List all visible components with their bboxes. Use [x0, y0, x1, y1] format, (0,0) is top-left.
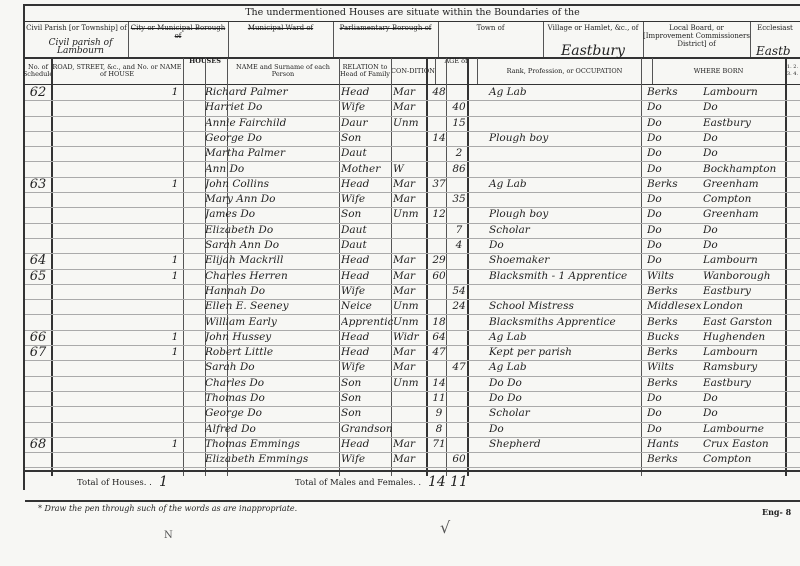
- schedule-number: 64: [25, 253, 51, 268]
- inhabited-count: [165, 162, 185, 177]
- inhabited-count: 1: [165, 253, 185, 268]
- age-male: [429, 299, 449, 314]
- age-female: 15: [449, 116, 469, 131]
- age-male: 29: [429, 253, 449, 268]
- age-male: 14: [429, 131, 449, 146]
- occupation: Ag Lab: [475, 360, 659, 375]
- schedule-number: [25, 422, 51, 437]
- condition: Mar: [393, 360, 429, 375]
- occupation: School Mistress: [475, 299, 659, 314]
- table-row: 651Charles HerrenHeadMar60Blacksmith - 1…: [25, 269, 800, 285]
- inhabited-count: [165, 452, 185, 467]
- schedule-number: 62: [25, 85, 51, 100]
- age-female: 2: [449, 146, 469, 161]
- table-row: 671Robert LittleHeadMar47Kept per parish…: [25, 345, 800, 361]
- condition: Widr: [393, 330, 429, 345]
- table-row: Sarah Ann DoDaut4DoDoDo: [25, 238, 800, 254]
- age-female: 60: [449, 452, 469, 467]
- person-name: Thomas Emmings: [205, 437, 320, 452]
- age-male: [429, 360, 449, 375]
- column-header-row: No. of Schedule ROAD, STREET, &c., and N…: [25, 58, 800, 85]
- table-row: 681Thomas EmmingsHeadMar71ShepherdHantsC…: [25, 437, 800, 453]
- header-town: Town of: [438, 22, 544, 57]
- occupation: [475, 192, 659, 207]
- inhabited-count: [165, 146, 185, 161]
- age-female: [449, 253, 469, 268]
- col-name: NAME and Surname of each Person: [227, 58, 340, 84]
- born-county: Hants: [647, 437, 702, 452]
- table-row: Annie FairchildDaurUnm15DoEastbury: [25, 116, 800, 132]
- occupation: [475, 162, 659, 177]
- relation: Wife: [341, 284, 393, 299]
- condition: [393, 131, 429, 146]
- inhabited-count: [165, 100, 185, 115]
- relation: Daur: [341, 116, 393, 131]
- person-name: Mary Ann Do: [205, 192, 320, 207]
- born-county: Bucks: [647, 330, 702, 345]
- age-male: 18: [429, 315, 449, 330]
- relation: Son: [341, 391, 393, 406]
- person-name: Elizabeth Do: [205, 223, 320, 238]
- born-place: Eastbury: [703, 284, 785, 299]
- occupation: Blacksmiths Apprentice: [475, 315, 659, 330]
- relation: Wife: [341, 192, 393, 207]
- born-place: Do: [703, 223, 785, 238]
- relation: Daut: [341, 238, 393, 253]
- table-row: 631John CollinsHeadMar37Ag LabBerksGreen…: [25, 177, 800, 193]
- age-female: 7: [449, 223, 469, 238]
- header-municipal-ward: Municipal Ward of: [228, 22, 334, 57]
- age-female: 47: [449, 360, 469, 375]
- condition: Mar: [393, 345, 429, 360]
- inhabited-count: 1: [165, 177, 185, 192]
- relation: Neice: [341, 299, 393, 314]
- margin-mark: N: [164, 530, 173, 541]
- age-female: [449, 406, 469, 421]
- relation: Head: [341, 177, 393, 192]
- born-county: Berks: [647, 315, 702, 330]
- person-name: George Do: [205, 406, 320, 421]
- born-place: Greenham: [703, 177, 785, 192]
- born-county: Wilts: [647, 360, 702, 375]
- schedule-number: 67: [25, 345, 51, 360]
- inhabited-count: 1: [165, 437, 185, 452]
- inhabited-count: [165, 315, 185, 330]
- born-county: Do: [647, 253, 702, 268]
- age-female: [449, 330, 469, 345]
- age-male: 9: [429, 406, 449, 421]
- age-female: [449, 269, 469, 284]
- schedule-number: [25, 162, 51, 177]
- born-place: Wanborough: [703, 269, 785, 284]
- table-row: Sarah DoWifeMar47Ag LabWiltsRamsbury: [25, 360, 800, 376]
- born-county: Do: [647, 207, 702, 222]
- header-parliamentary-borough: Parliamentary Borough of: [333, 22, 439, 57]
- total-males-value: 14: [428, 474, 446, 490]
- header-civil-parish: Civil Parish [or Township] of Civil pari…: [25, 22, 129, 57]
- occupation: Plough boy: [475, 207, 659, 222]
- occupation: Do: [475, 238, 659, 253]
- person-name: Robert Little: [205, 345, 320, 360]
- age-female: [449, 131, 469, 146]
- age-female: 86: [449, 162, 469, 177]
- born-place: Lambourn: [703, 253, 785, 268]
- born-place: Greenham: [703, 207, 785, 222]
- relation: Head: [341, 85, 393, 100]
- inhabited-count: 1: [165, 345, 185, 360]
- table-row: Alfred DoGrandson8DoDoLambourne: [25, 422, 800, 438]
- person-name: Harriet Do: [205, 100, 320, 115]
- schedule-number: 66: [25, 330, 51, 345]
- born-place: Do: [703, 406, 785, 421]
- born-place: Eastbury: [703, 116, 785, 131]
- born-place: East Garston: [703, 315, 785, 330]
- header-municipal-borough: City or Municipal Borough of: [128, 22, 229, 57]
- age-male: [429, 192, 449, 207]
- age-female: [449, 345, 469, 360]
- born-county: Do: [647, 192, 702, 207]
- col-occupation: Rank, Profession, or OCCUPATION: [477, 58, 653, 84]
- table-row: Charles DoSonUnm14Do DoBerksEastbury: [25, 376, 800, 392]
- person-name: Elijah Mackrill: [205, 253, 320, 268]
- totals-row: Total of Houses. . 1 Total of Males and …: [25, 470, 800, 502]
- table-row: James DoSonUnm12Plough boyDoGreenham: [25, 207, 800, 223]
- age-female: [449, 376, 469, 391]
- schedule-number: [25, 146, 51, 161]
- col-road: ROAD, STREET, &c., and No. or NAME of HO…: [51, 58, 184, 84]
- age-female: [449, 177, 469, 192]
- person-name: Sarah Ann Do: [205, 238, 320, 253]
- col-where-born: WHERE BORN: [652, 58, 786, 84]
- born-county: Berks: [647, 452, 702, 467]
- relation: Mother: [341, 162, 393, 177]
- person-name: Ellen E. Seeney: [205, 299, 320, 314]
- relation: Daut: [341, 146, 393, 161]
- born-place: Hughenden: [703, 330, 785, 345]
- header-ecclesiastical: Ecclesiast Eastb: [750, 22, 800, 57]
- table-row: Mary Ann DoWifeMar35DoCompton: [25, 192, 800, 208]
- schedule-number: [25, 223, 51, 238]
- header-local-board: Local Board, or [Improvement Commissione…: [643, 22, 751, 57]
- born-place: Lambourn: [703, 85, 785, 100]
- person-name: Elizabeth Emmings: [205, 452, 320, 467]
- age-male: 47: [429, 345, 449, 360]
- occupation: Do Do: [475, 376, 659, 391]
- total-females-value: 11: [450, 474, 468, 490]
- person-name: Alfred Do: [205, 422, 320, 437]
- table-row: Ann DoMotherW86DoBockhampton: [25, 162, 800, 178]
- relation: Wife: [341, 100, 393, 115]
- condition: Unm: [393, 315, 429, 330]
- person-name: Ann Do: [205, 162, 320, 177]
- born-place: Lambourne: [703, 422, 785, 437]
- inhabited-count: [165, 391, 185, 406]
- inhabited-count: [165, 192, 185, 207]
- inhabited-count: [165, 238, 185, 253]
- person-name: Martha Palmer: [205, 146, 320, 161]
- born-county: Berks: [647, 85, 702, 100]
- occupation: Kept per parish: [475, 345, 659, 360]
- schedule-number: [25, 100, 51, 115]
- age-female: [449, 437, 469, 452]
- check-mark: √: [440, 518, 450, 537]
- inhabited-count: [165, 284, 185, 299]
- relation: Head: [341, 437, 393, 452]
- born-county: Do: [647, 422, 702, 437]
- table-row: George DoSon14Plough boyDoDo: [25, 131, 800, 147]
- col-condition: CON-DITION: [391, 58, 436, 84]
- schedule-number: [25, 131, 51, 146]
- schedule-number: 63: [25, 177, 51, 192]
- schedule-number: [25, 406, 51, 421]
- condition: [393, 238, 429, 253]
- born-place: Lambourn: [703, 345, 785, 360]
- person-name: George Do: [205, 131, 320, 146]
- inhabited-count: [165, 207, 185, 222]
- age-male: [429, 146, 449, 161]
- boundary-header-row: Civil Parish [or Township] of Civil pari…: [25, 22, 800, 59]
- relation: Grandson: [341, 422, 393, 437]
- col-side-numbers: 1. 2. 3. 4.: [785, 58, 800, 84]
- person-name: Annie Fairchild: [205, 116, 320, 131]
- person-name: James Do: [205, 207, 320, 222]
- inhabited-count: [165, 376, 185, 391]
- table-row: Hannah DoWifeMar54BerksEastbury: [25, 284, 800, 300]
- occupation: Scholar: [475, 406, 659, 421]
- census-page: The undermentioned Houses are situate wi…: [0, 0, 800, 566]
- born-place: Compton: [703, 452, 785, 467]
- relation: Wife: [341, 452, 393, 467]
- condition: Mar: [393, 284, 429, 299]
- condition: Mar: [393, 452, 429, 467]
- condition: Mar: [393, 85, 429, 100]
- born-county: Berks: [647, 177, 702, 192]
- inhabited-count: 1: [165, 330, 185, 345]
- born-place: Do: [703, 146, 785, 161]
- table-row: William EarlyApprenticeUnm18Blacksmiths …: [25, 315, 800, 331]
- condition: Unm: [393, 116, 429, 131]
- age-male: [429, 223, 449, 238]
- born-county: Do: [647, 146, 702, 161]
- inhabited-count: [165, 116, 185, 131]
- inhabited-count: 1: [165, 269, 185, 284]
- born-place: Crux Easton: [703, 437, 785, 452]
- total-houses-value: 1: [159, 474, 168, 490]
- age-male: 64: [429, 330, 449, 345]
- age-female: 35: [449, 192, 469, 207]
- header-village: Village or Hamlet, &c., of Eastbury: [543, 22, 644, 57]
- born-county: Berks: [647, 376, 702, 391]
- born-county: Do: [647, 116, 702, 131]
- occupation: Shepherd: [475, 437, 659, 452]
- occupation: Shoemaker: [475, 253, 659, 268]
- age-female: 24: [449, 299, 469, 314]
- occupation: Do Do: [475, 391, 659, 406]
- occupation: [475, 116, 659, 131]
- col-relation: RELATION to Head of Family: [339, 58, 392, 84]
- born-place: Do: [703, 131, 785, 146]
- col-age: AGE of: [435, 58, 478, 84]
- condition: Mar: [393, 437, 429, 452]
- condition: [393, 406, 429, 421]
- age-female: [449, 315, 469, 330]
- boundary-banner: The undermentioned Houses are situate wi…: [25, 5, 800, 22]
- born-place: Do: [703, 238, 785, 253]
- occupation: Blacksmith - 1 Apprentice: [475, 269, 659, 284]
- occupation: [475, 100, 659, 115]
- person-name: William Early: [205, 315, 320, 330]
- age-male: [429, 162, 449, 177]
- occupation: Plough boy: [475, 131, 659, 146]
- age-female: [449, 85, 469, 100]
- born-county: Berks: [647, 284, 702, 299]
- table-row: Martha PalmerDaut2DoDo: [25, 146, 800, 162]
- schedule-number: [25, 315, 51, 330]
- condition: W: [393, 162, 429, 177]
- person-name: Thomas Do: [205, 391, 320, 406]
- born-county: Do: [647, 162, 702, 177]
- condition: [393, 146, 429, 161]
- age-male: 48: [429, 85, 449, 100]
- relation: Head: [341, 345, 393, 360]
- age-female: [449, 207, 469, 222]
- schedule-number: [25, 391, 51, 406]
- age-male: 37: [429, 177, 449, 192]
- person-name: John Collins: [205, 177, 320, 192]
- age-male: [429, 284, 449, 299]
- age-male: [429, 116, 449, 131]
- born-place: Do: [703, 100, 785, 115]
- table-row: Elizabeth EmmingsWifeMar60BerksCompton: [25, 452, 800, 468]
- inhabited-count: [165, 223, 185, 238]
- total-houses-label: Total of Houses. .: [77, 478, 152, 488]
- born-county: Do: [647, 391, 702, 406]
- age-male: [429, 452, 449, 467]
- occupation: [475, 146, 659, 161]
- age-female: 40: [449, 100, 469, 115]
- table-row: 621Richard PalmerHeadMar48Ag LabBerksLam…: [25, 85, 800, 101]
- condition: Unm: [393, 299, 429, 314]
- schedule-number: 65: [25, 269, 51, 284]
- relation: Daut: [341, 223, 393, 238]
- relation: Head: [341, 330, 393, 345]
- occupation: [475, 284, 659, 299]
- age-female: 4: [449, 238, 469, 253]
- total-persons-label: Total of Males and Females. .: [295, 478, 421, 488]
- relation: Wife: [341, 360, 393, 375]
- born-county: Do: [647, 131, 702, 146]
- born-county: Berks: [647, 345, 702, 360]
- table-row: Elizabeth DoDaut7ScholarDoDo: [25, 223, 800, 239]
- table-row: Harriet DoWifeMar40DoDo: [25, 100, 800, 116]
- condition: Mar: [393, 269, 429, 284]
- schedule-number: [25, 207, 51, 222]
- condition: [393, 422, 429, 437]
- table-row: Ellen E. SeeneyNeiceUnm24School Mistress…: [25, 299, 800, 315]
- relation: Son: [341, 207, 393, 222]
- condition: Unm: [393, 376, 429, 391]
- schedule-number: [25, 452, 51, 467]
- age-female: [449, 422, 469, 437]
- relation: Son: [341, 131, 393, 146]
- table-row: George DoSon9ScholarDoDo: [25, 406, 800, 422]
- age-female: [449, 391, 469, 406]
- inhabited-count: 1: [165, 85, 185, 100]
- condition: Unm: [393, 207, 429, 222]
- born-county: Do: [647, 406, 702, 421]
- occupation: [475, 452, 659, 467]
- relation: Apprentice: [341, 315, 393, 330]
- col-schedule: No. of Schedule: [25, 58, 52, 84]
- relation: Son: [341, 376, 393, 391]
- age-male: [429, 100, 449, 115]
- inhabited-count: [165, 360, 185, 375]
- born-place: Eastbury: [703, 376, 785, 391]
- schedule-number: [25, 284, 51, 299]
- occupation: Ag Lab: [475, 85, 659, 100]
- condition: Mar: [393, 192, 429, 207]
- inhabited-count: [165, 406, 185, 421]
- person-name: Sarah Do: [205, 360, 320, 375]
- schedule-number: 68: [25, 437, 51, 452]
- table-row: 641Elijah MackrillHeadMar29ShoemakerDoLa…: [25, 253, 800, 269]
- born-place: London: [703, 299, 785, 314]
- page-reference: Eng- 8: [762, 507, 791, 517]
- occupation: Scholar: [475, 223, 659, 238]
- born-county: Do: [647, 100, 702, 115]
- born-county: Do: [647, 238, 702, 253]
- born-county: Middlesex: [647, 299, 702, 314]
- table-row: 661John HusseyHeadWidr64Ag LabBucksHughe…: [25, 330, 800, 346]
- age-male: 11: [429, 391, 449, 406]
- table-row: Thomas DoSon11Do DoDoDo: [25, 391, 800, 407]
- schedule-number: [25, 376, 51, 391]
- age-male: [429, 238, 449, 253]
- person-name: Charles Herren: [205, 269, 320, 284]
- born-place: Compton: [703, 192, 785, 207]
- person-name: Charles Do: [205, 376, 320, 391]
- relation: Head: [341, 253, 393, 268]
- born-county: Do: [647, 223, 702, 238]
- schedule-number: [25, 116, 51, 131]
- condition: Mar: [393, 253, 429, 268]
- age-male: 8: [429, 422, 449, 437]
- age-male: 12: [429, 207, 449, 222]
- born-place: Ramsbury: [703, 360, 785, 375]
- person-name: Richard Palmer: [205, 85, 320, 100]
- age-male: 71: [429, 437, 449, 452]
- schedule-number: [25, 238, 51, 253]
- schedule-number: [25, 299, 51, 314]
- condition: [393, 223, 429, 238]
- occupation: Ag Lab: [475, 177, 659, 192]
- inhabited-count: [165, 131, 185, 146]
- born-place: Bockhampton: [703, 162, 785, 177]
- occupation: Ag Lab: [475, 330, 659, 345]
- person-name: Hannah Do: [205, 284, 320, 299]
- relation: Head: [341, 269, 393, 284]
- footnote: * Draw the pen through such of the words…: [38, 504, 297, 513]
- born-place: Do: [703, 391, 785, 406]
- age-male: 14: [429, 376, 449, 391]
- age-female: 54: [449, 284, 469, 299]
- schedule-number: [25, 192, 51, 207]
- schedule-number: [25, 360, 51, 375]
- inhabited-count: [165, 422, 185, 437]
- inhabited-count: [165, 299, 185, 314]
- born-county: Wilts: [647, 269, 702, 284]
- condition: [393, 391, 429, 406]
